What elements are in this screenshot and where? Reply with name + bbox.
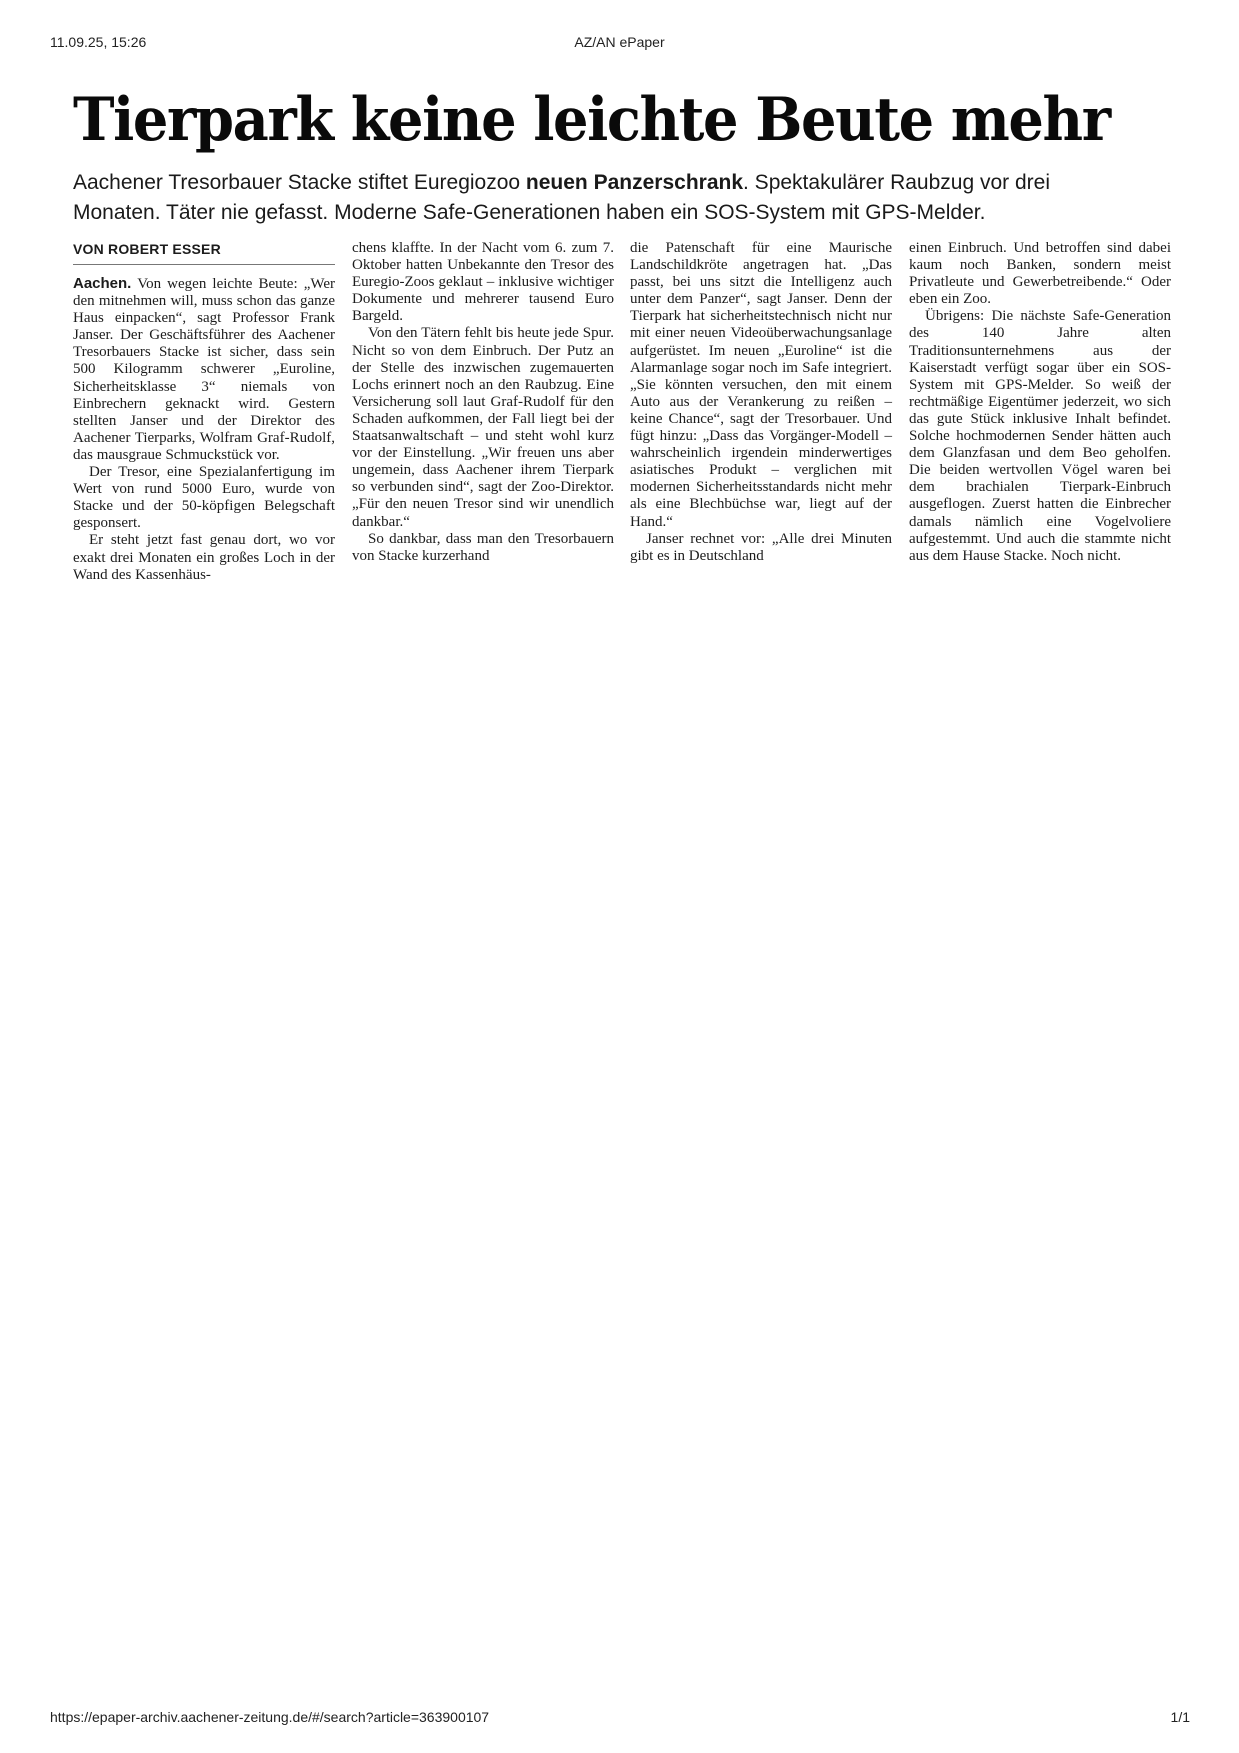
column-4: einen Einbruch. Und betroffen sind dabei… xyxy=(909,240,1171,565)
subtitle-bold: neuen Panzerschrank xyxy=(526,171,743,194)
article-url-link[interactable]: https://epaper-archiv.aachener-zeitung.d… xyxy=(50,1709,489,1725)
paragraph-text: Von wegen leichte Beute: „Wer den mitneh… xyxy=(73,276,335,463)
byline: VON ROBERT ESSER xyxy=(73,240,335,265)
paragraph: Der Tresor, eine Spezialanfertigung im W… xyxy=(73,464,335,532)
paragraph: Übrigens: Die nächste Safe-Generation de… xyxy=(909,308,1171,564)
paragraph: Er steht jetzt fast genau dort, wo vor e… xyxy=(73,532,335,583)
page-number: 1/1 xyxy=(1171,1709,1190,1725)
paragraph: die Patenschaft für eine Maurische Lands… xyxy=(630,240,892,531)
article: Tierpark keine leichte Beute mehr Aachen… xyxy=(73,80,1171,228)
paragraph: Von den Tätern fehlt bis heute jede Spur… xyxy=(352,325,614,530)
print-page-title: AZ/AN ePaper xyxy=(0,34,1239,50)
print-header: 11.09.25, 15:26 AZ/AN ePaper xyxy=(0,34,1239,52)
article-subtitle: Aachener Tresorbauer Stacke stiftet Eure… xyxy=(73,168,1133,228)
paragraph: Aachen. Von wegen leichte Beute: „Wer de… xyxy=(73,275,335,464)
paragraph: einen Einbruch. Und betroffen sind dabei… xyxy=(909,240,1171,308)
column-1: VON ROBERT ESSER Aachen. Von wegen leich… xyxy=(73,240,335,584)
print-footer: https://epaper-archiv.aachener-zeitung.d… xyxy=(0,1709,1239,1727)
column-3: die Patenschaft für eine Maurische Lands… xyxy=(630,240,892,565)
paragraph: So dankbar, dass man den Tresorbauern vo… xyxy=(352,531,614,565)
paragraph: Janser rechnet vor: „Alle drei Minuten g… xyxy=(630,531,892,565)
column-2: chens klaffte. In der Nacht vom 6. zum 7… xyxy=(352,240,614,565)
article-body: VON ROBERT ESSER Aachen. Von wegen leich… xyxy=(73,240,1171,670)
paragraph: chens klaffte. In der Nacht vom 6. zum 7… xyxy=(352,240,614,325)
article-headline: Tierpark keine leichte Beute mehr xyxy=(73,80,1094,160)
dateline: Aachen. xyxy=(73,275,131,292)
subtitle-text-1: Aachener Tresorbauer Stacke stiftet Eure… xyxy=(73,171,526,194)
